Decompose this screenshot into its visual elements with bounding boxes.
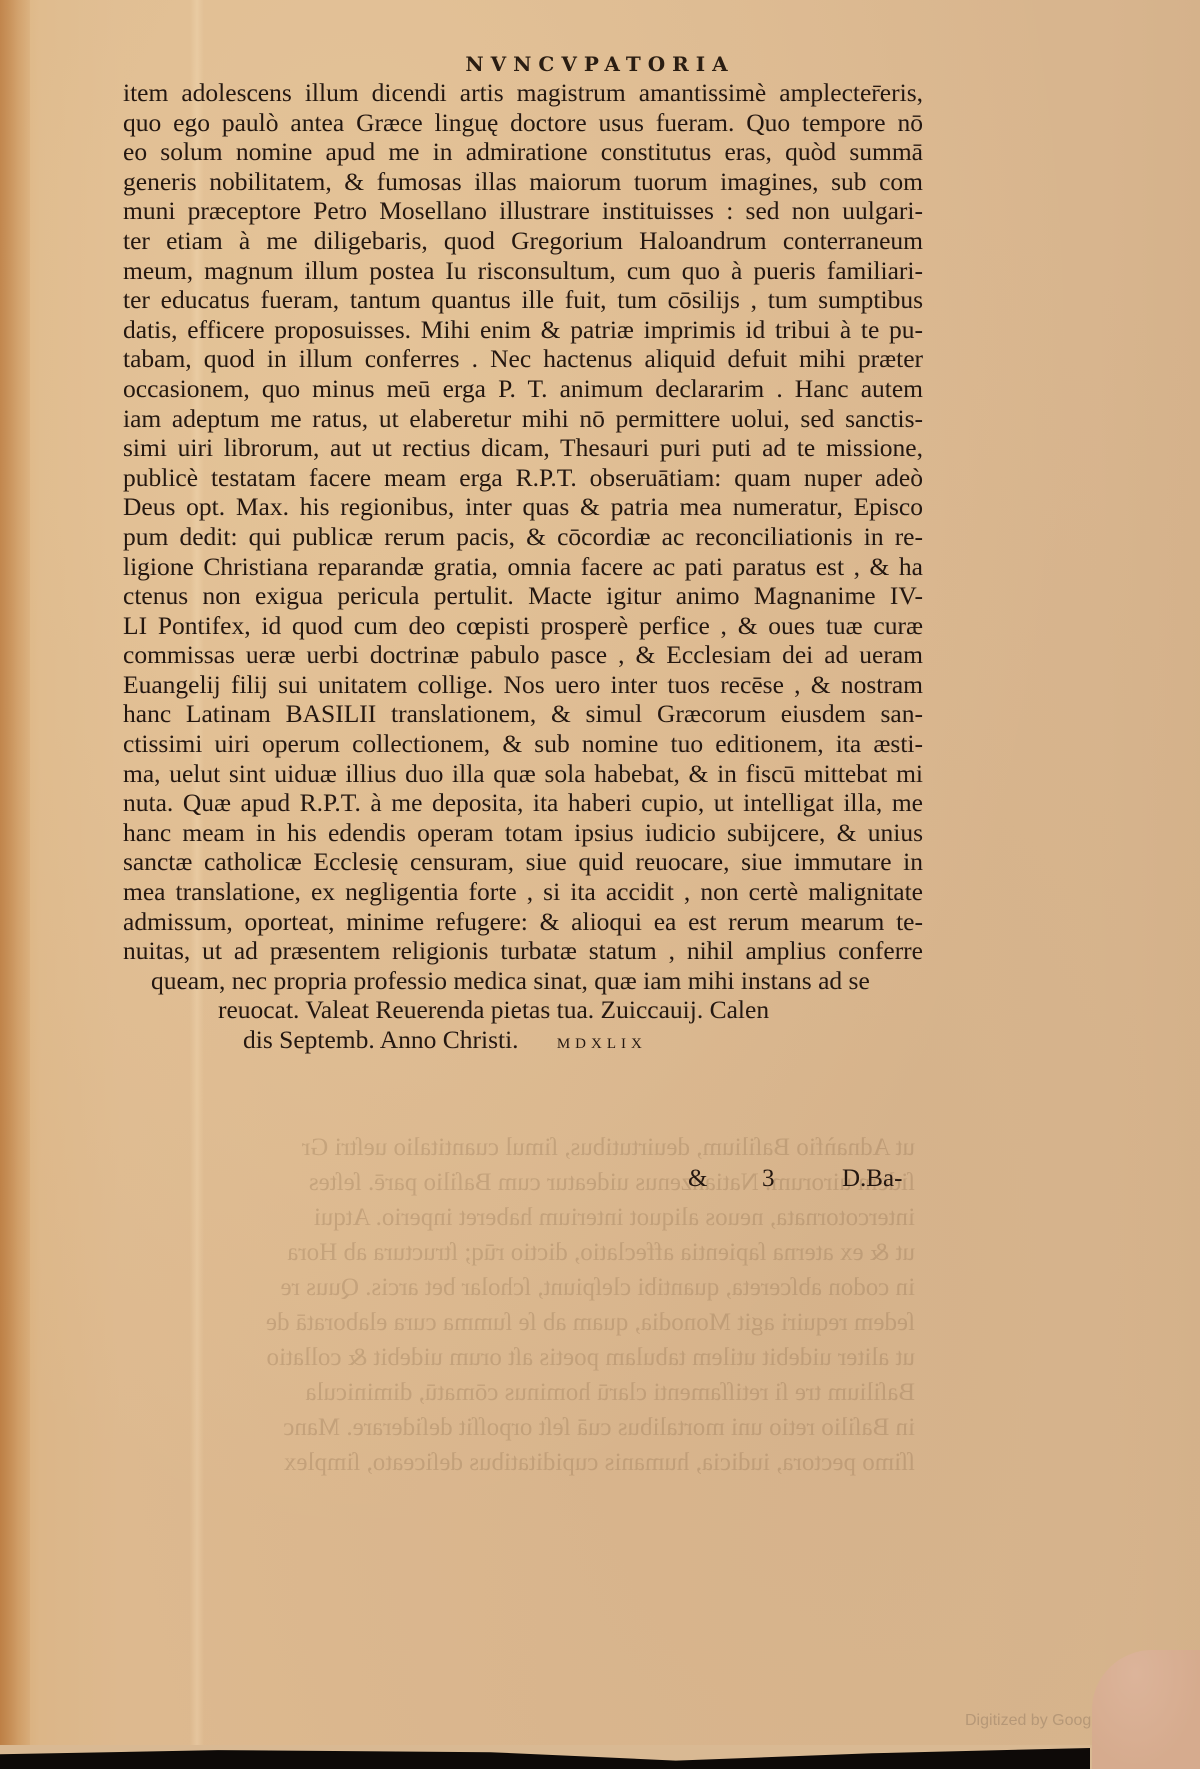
text-line: occasionem, quo minus meū erga P. T. ani… [123,374,923,404]
text-line: nuitas, ut ad præsentem religionis turba… [123,936,923,966]
text-line: Euangelij filij sui unitatem collige. No… [123,670,923,700]
scanner-thumb [1092,1650,1200,1769]
scan-bottom-edge [0,1748,1090,1769]
text-line: reuocat. Valeat Reuerenda pietas tua. Zu… [123,995,923,1025]
text-line: commissas ueræ uerbi doctrinæ pabulo pas… [123,640,923,670]
signature-mark: & [688,1165,707,1193]
text-line: item adolescens illum dicendi artis magi… [123,78,923,108]
bleed-through-text: ut Adnaǹfio Baſilium, deuirtutibus, ſimu… [115,1130,915,1480]
text-line: datis, efficere proposuisses. Mihi enim … [123,315,923,345]
date-line: dis Septemb. Anno Christi. MDXLIX [123,1025,923,1060]
text-line: meum, magnum illum postea Iu risconsultu… [123,256,923,286]
text-line: sanctæ catholicæ Ecclesię censuram, siue… [123,847,923,877]
text-line: ligione Christiana reparandæ gratia, omn… [123,552,923,582]
text-line: ma, uelut sint uiduæ illius duo illa quæ… [123,759,923,789]
text-line: generis nobilitatem, & fumosas illas mai… [123,167,923,197]
running-head: NVNCVPATORIA [0,52,1200,76]
text-line: ter educatus fueram, tantum quantus ille… [123,285,923,315]
text-line: nuta. Quæ apud R.P.T. à me deposita, ita… [123,788,923,818]
dedication-text: item adolescens illum dicendi artis magi… [123,78,923,1060]
catchword: D.Ba- [842,1165,902,1193]
text-line: ctissimi uiri operum collectionem, & sub… [123,729,923,759]
text-line: hanc meam in his edendis operam totam ip… [123,818,923,848]
text-line: mea translatione, ex negligentia forte ,… [123,877,923,907]
text-line: tabam, quod in illum conferres . Nec hac… [123,344,923,374]
text-line: pum dedit: qui publicæ rerum pacis, & cō… [123,522,923,552]
year-roman-numeral: MDXLIX [557,1036,647,1052]
text-line: quo ego paulò antea Græce linguę doctore… [123,108,923,138]
page-gutter-shadow [0,0,30,1745]
text-line: hanc Latinam BASILII translationem, & si… [123,699,923,729]
date-text: dis Septemb. Anno Christi. [243,1025,519,1054]
text-line: ter etiam à me diligebaris, quod Gregori… [123,226,923,256]
text-line: LI Pontifex, id quod cum deo cœpisti pro… [123,611,923,641]
text-line: queam, nec propria professio medica sina… [123,966,923,996]
text-line: muni præceptore Petro Mosellano illustra… [123,196,923,226]
text-line: admissum, oporteat, minime refugere: & a… [123,907,923,937]
book-page: ut Adnaǹfio Baſilium, deuirtutibus, ſimu… [0,0,1200,1745]
text-line: simi uiri librorum, aut ut rectius dicam… [123,433,923,463]
text-line: iam adeptum me ratus, ut elaberetur mihi… [123,404,923,434]
text-line: ctenus non exigua pericula pertulit. Mac… [123,581,923,611]
signature-number: 3 [762,1165,775,1193]
text-line: Deus opt. Max. his regionibus, inter qua… [123,492,923,522]
text-line: eo solum nomine apud me in admiratione c… [123,137,923,167]
watermark: Digitized by Google [965,1712,1104,1730]
text-line: publicè testatam facere meam erga R.P.T.… [123,463,923,493]
